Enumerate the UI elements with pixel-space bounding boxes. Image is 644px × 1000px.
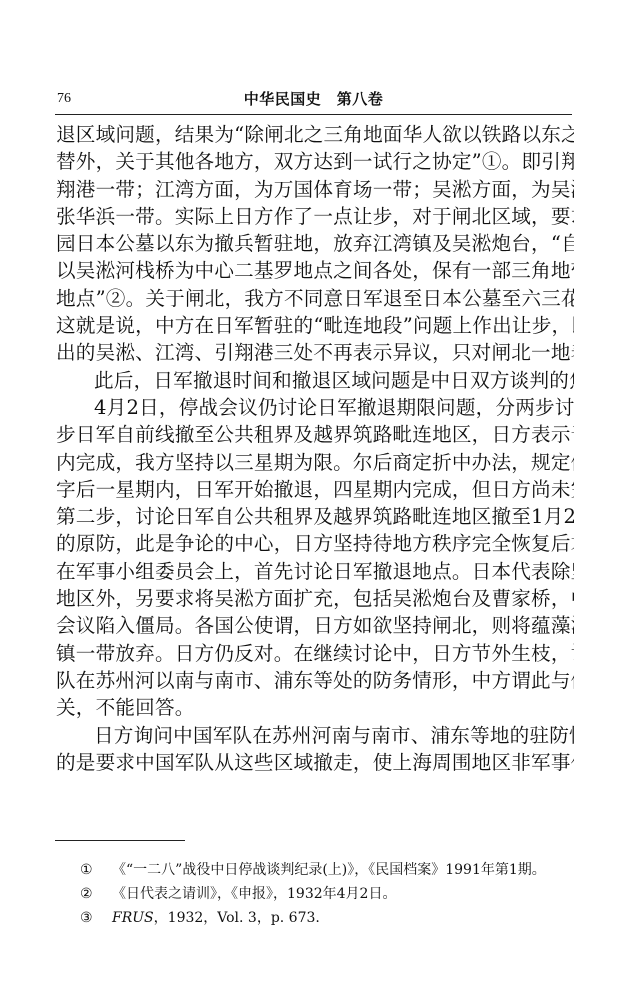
text-line: 翔港一带；江湾方面，为万国体育场一带；吴淞方面，为吴淞镇至蕴藻浜 [56, 176, 574, 203]
page-header: 76 中华民国史 第八卷 [55, 88, 572, 114]
text-line: 关，不能回答。 [56, 694, 574, 721]
text-line: 镇一带放弃。日方仍反对。在继续讨论中，日方节外生枝，询问中国军 [56, 640, 574, 667]
footnote-text: 《日代表之请训》，《申报》，1932年4月2日。 [112, 882, 396, 906]
text-line: 队在苏州河以南与南市、浦东等处的防务情形，中方谓此与停战会议无 [56, 667, 574, 694]
text-line: 在军事小组委员会上，首先讨论日军撤退地点。日本代表除坚持闸北 [56, 558, 574, 585]
text-line: 园日本公墓以东为撤兵暂驻地，放弃江湾镇及吴淞炮台，“自江湾镇至 [56, 230, 574, 257]
footnote-text: 《“一二八”战役中日停战谈判纪录(上)》，《民国档案》1991年第1期。 [112, 858, 546, 882]
header-rule [55, 114, 572, 115]
footnote-mark: ③ [80, 906, 112, 930]
footnote-mark: ① [80, 858, 112, 882]
footnote-mark: ② [80, 882, 112, 906]
footnote-rule [55, 840, 185, 841]
footnote-source-title: FRUS [112, 910, 154, 926]
text-line: 退区域问题，结果为“除闸北之三角地面华人欲以铁路以东之一区域代 [56, 121, 574, 148]
text-line: 步日军自前线撤至公共租界及越界筑路毗连地区，日方表示于六星期 [56, 421, 574, 448]
text-line: 地点”②。关于闸北，我方不同意日军退至日本公墓至六三花园一带。 [56, 285, 574, 312]
body-text: 退区域问题，结果为“除闸北之三角地面华人欲以铁路以东之一区域代替外，关于其他各地… [56, 121, 574, 776]
text-line: 日方询问中国军队在苏州河南与南市、浦东等地的驻防情况，其目 [56, 722, 574, 749]
footnote-text: FRUS，1932，Vol. 3，p. 673. [112, 906, 320, 930]
text-line: 出的吴淞、江湾、引翔港三处不再表示异议，只对闸北一地表示异议。 [56, 339, 574, 366]
text-line: 的原防，此是争论的中心，日方坚持待地方秩序完全恢复后才能进行。 [56, 530, 574, 557]
footnote-citation: 《“一二八”战役中日停战谈判纪录(上)》，《民国档案》1991年第1期。 [112, 862, 546, 878]
footnote: ②《日代表之请训》，《申报》，1932年4月2日。 [80, 882, 580, 906]
footnote: ①《“一二八”战役中日停战谈判纪录(上)》，《民国档案》1991年第1期。 [80, 858, 580, 882]
text-line: 张华浜一带。实际上日方作了一点让步，对于闸北区域，要求以六三花 [56, 203, 574, 230]
footnotes: ①《“一二八”战役中日停战谈判纪录(上)》，《民国档案》1991年第1期。②《日… [80, 858, 580, 930]
text-line: 以吴淞河栈桥为中心二基罗地点之间各处，保有一部三角地带为暂驻 [56, 257, 574, 284]
text-line: 会议陷入僵局。各国公使谓，日方如欲坚持闸北，则将蕴藻浜北岸吴淞 [56, 612, 574, 639]
text-line: 字后一星期内，日军开始撤退，四星期内完成，但日方尚未完全同意。 [56, 476, 574, 503]
text-line: 内完成，我方坚持以三星期为限。尔后商定折中办法，规定停战协定签 [56, 449, 574, 476]
text-line: 替外，关于其他各地方，双方达到一试行之协定”①。即引翔方面，为引 [56, 148, 574, 175]
text-line: 的是要求中国军队从这些区域撤走，使上海周围地区非军事化③。日 [56, 749, 574, 776]
text-line: 4月2日，停战会议仍讨论日军撤退期限问题，分两步讨论：第一 [56, 394, 574, 421]
running-title: 中华民国史 第八卷 [55, 88, 572, 109]
text-line: 第二步，讨论日军自公共租界及越界筑路毗连地区撤至1月28日以前 [56, 503, 574, 530]
text-line: 地区外，另要求将吴淞方面扩充，包括吴淞炮台及曹家桥，中方不同意， [56, 585, 574, 612]
text-line: 此后，日军撤退时间和撤退区域问题是中日双方谈判的焦点所在。 [56, 367, 574, 394]
text-line: 这就是说，中方在日军暂驻的“毗连地段”问题上作出让步，即对日方提 [56, 312, 574, 339]
footnote-citation: ，1932，Vol. 3，p. 673. [154, 910, 320, 926]
footnote: ③FRUS，1932，Vol. 3，p. 673. [80, 906, 580, 930]
footnote-citation: 《日代表之请训》，《申报》，1932年4月2日。 [112, 886, 396, 902]
